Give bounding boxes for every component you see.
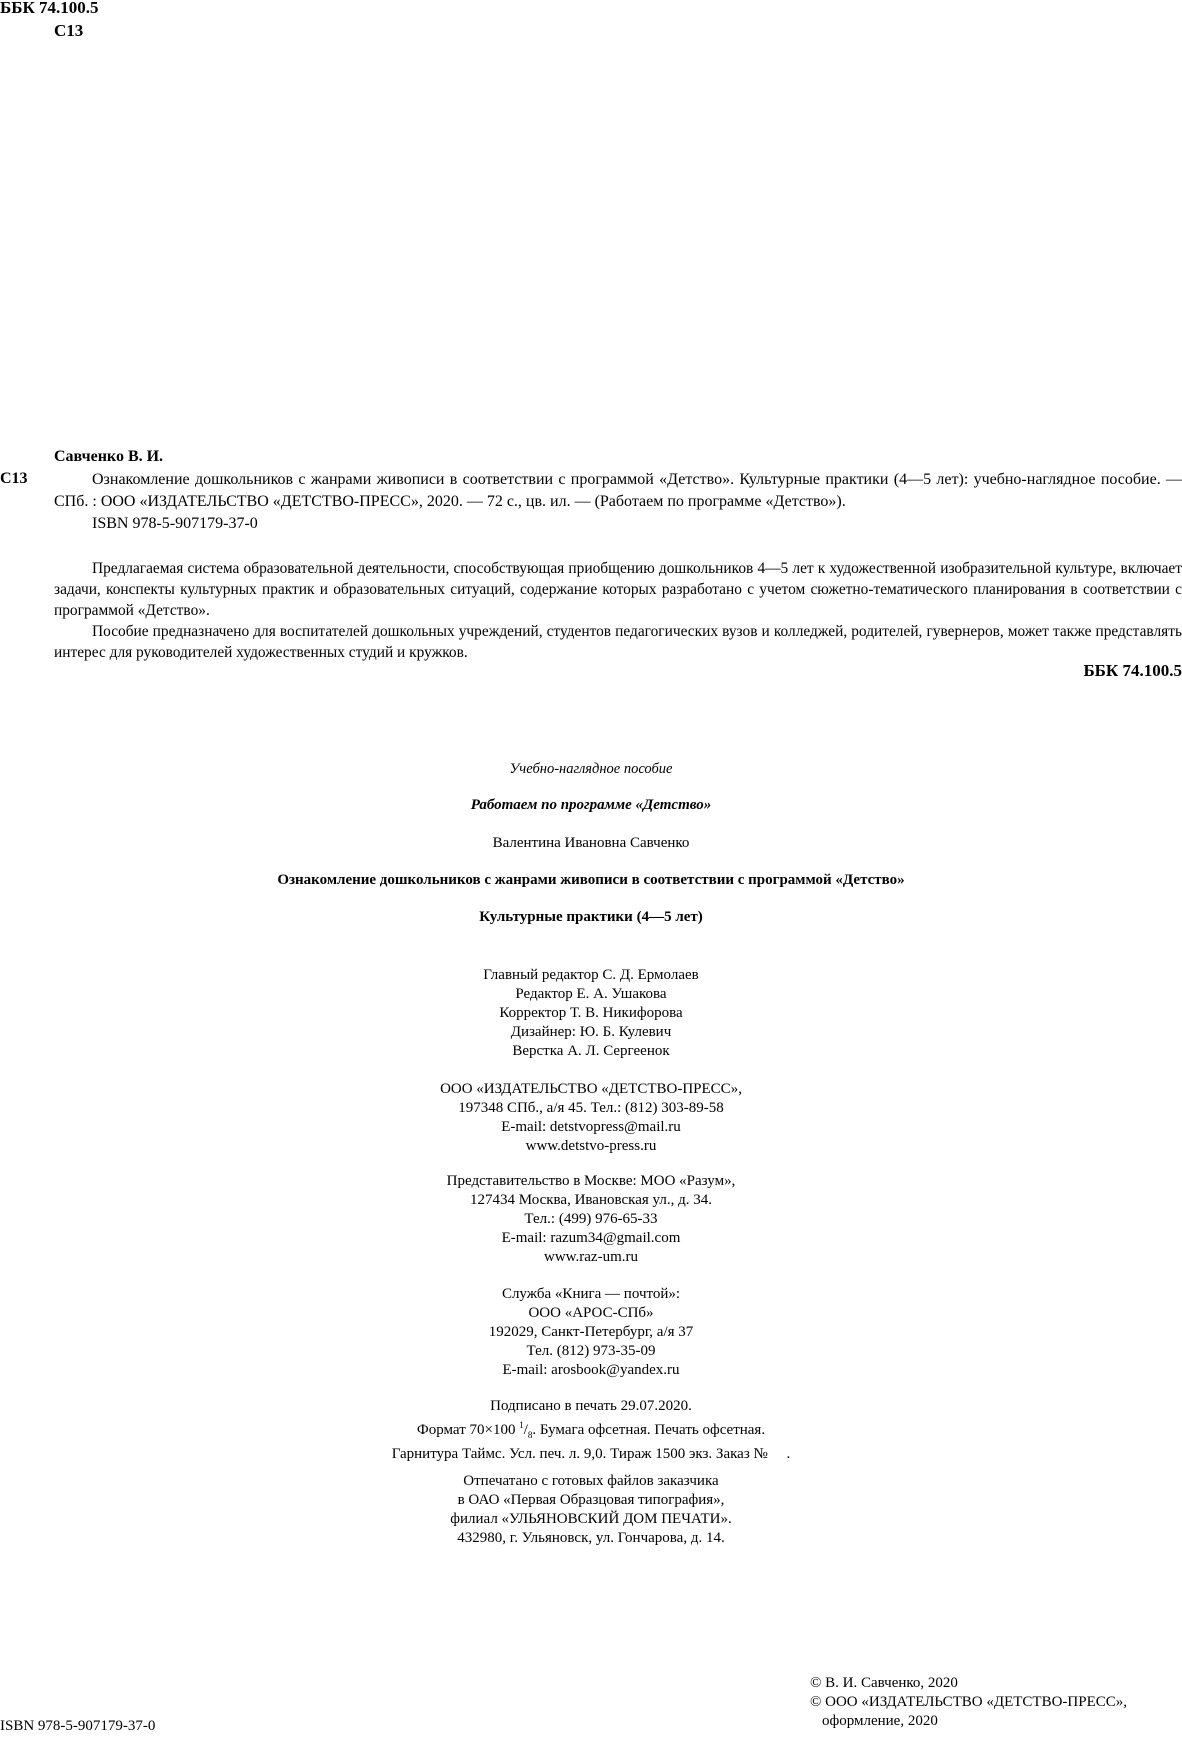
typeface-line: Гарнитура Таймс. Усл. печ. л. 9,0. Тираж… (0, 1445, 1182, 1464)
moscow-office-contacts: Представительство в Москве: МОО «Разум»,… (0, 1172, 1182, 1267)
staff-line: Редактор Е. А. Ушакова (0, 985, 1182, 1004)
printer-line: в ОАО «Первая Образцовая типография», (0, 1491, 1182, 1510)
copyright-publisher: © ООО «ИЗДАТЕЛЬСТВО «ДЕТСТВО-ПРЕСС», (810, 1693, 1127, 1712)
series-title: Работаем по программе «Детство» (0, 796, 1182, 815)
format-numerator: 1 (519, 1420, 524, 1430)
staff-line: Верстка А. Л. Сергеенок (0, 1042, 1182, 1061)
mail-order-line: 192029, Санкт-Петербург, а/я 37 (0, 1323, 1182, 1342)
moscow-office-line: 127434 Москва, Ивановская ул., д. 34. (0, 1191, 1182, 1210)
publication-type: Учебно-наглядное пособие (0, 760, 1182, 779)
copyright-author: © В. И. Савченко, 2020 (810, 1674, 1127, 1693)
mail-order-line: Тел. (812) 973-35-09 (0, 1342, 1182, 1361)
printer-line: Отпечатано с готовых файлов заказчика (0, 1472, 1182, 1491)
publisher-contacts: ООО «ИЗДАТЕЛЬСТВО «ДЕТСТВО-ПРЕСС», 19734… (0, 1080, 1182, 1156)
mail-order-line: ООО «АРОС-СПб» (0, 1304, 1182, 1323)
staff-line: Корректор Т. В. Никифорова (0, 1004, 1182, 1023)
bibliographic-isbn: ISBN 978-5-907179-37-0 (92, 513, 1182, 535)
copyright-block: © В. И. Савченко, 2020 © ООО «ИЗДАТЕЛЬСТ… (810, 1674, 1127, 1731)
bibliographic-author: Савченко В. И. (54, 447, 163, 467)
moscow-office-line: Тел.: (499) 976-65-33 (0, 1210, 1182, 1229)
printer-info: Отпечатано с готовых файлов заказчика в … (0, 1472, 1182, 1548)
copyright-design: оформление, 2020 (810, 1712, 1127, 1731)
bbk-code-top: ББК 74.100.5 (0, 0, 99, 18)
moscow-office-email: E-mail: razum34@gmail.com (0, 1229, 1182, 1248)
print-information: Подписано в печать 29.07.2020. Формат 70… (0, 1397, 1182, 1464)
staff-line: Дизайнер: Ю. Б. Кулевич (0, 1023, 1182, 1042)
printer-line: 432980, г. Ульяновск, ул. Гончарова, д. … (0, 1529, 1182, 1548)
signed-date: Подписано в печать 29.07.2020. (0, 1397, 1182, 1416)
moscow-office-line: Представительство в Москве: МОО «Разум», (0, 1172, 1182, 1191)
moscow-office-website: www.raz-um.ru (0, 1248, 1182, 1267)
printer-line: филиал «УЛЬЯНОВСКИЙ ДОМ ПЕЧАТИ». (0, 1510, 1182, 1529)
mail-order-contacts: Служба «Книга — почтой»: ООО «АРОС-СПб» … (0, 1285, 1182, 1380)
mail-order-email: E-mail: arosbook@yandex.ru (0, 1361, 1182, 1380)
mail-order-line: Служба «Книга — почтой»: (0, 1285, 1182, 1304)
annotation-paragraph: Предлагаемая система образовательной дея… (54, 558, 1182, 621)
author-sign-top: С13 (54, 21, 83, 41)
editorial-staff: Главный редактор С. Д. Ермолаев Редактор… (0, 966, 1182, 1061)
publisher-line: 197348 СПб., а/я 45. Тел.: (812) 303-89-… (0, 1099, 1182, 1118)
format-prefix: Формат 70×100 (417, 1422, 519, 1438)
bibliographic-author-sign: С13 (0, 469, 28, 489)
book-subtitle: Культурные практики (4—5 лет) (0, 908, 1182, 927)
annotation-paragraph: Пособие предназначено для воспитателей д… (54, 621, 1182, 663)
book-title: Ознакомление дошкольников с жанрами живо… (0, 871, 1182, 890)
author-full-name: Валентина Ивановна Савченко (0, 834, 1182, 853)
publisher-email: E-mail: detstvopress@mail.ru (0, 1118, 1182, 1137)
format-line: Формат 70×100 1/8. Бумага офсетная. Печа… (0, 1416, 1182, 1445)
staff-line: Главный редактор С. Д. Ермолаев (0, 966, 1182, 985)
bibliographic-description: Ознакомление дошкольников с жанрами живо… (54, 469, 1182, 513)
publisher-website: www.detstvo-press.ru (0, 1137, 1182, 1156)
isbn-footer: ISBN 978-5-907179-37-0 (0, 1717, 155, 1736)
publisher-line: ООО «ИЗДАТЕЛЬСТВО «ДЕТСТВО-ПРЕСС», (0, 1080, 1182, 1099)
bbk-code-annotation: ББК 74.100.5 (1083, 661, 1182, 681)
format-suffix: . Бумага офсетная. Печать офсетная. (532, 1422, 765, 1438)
